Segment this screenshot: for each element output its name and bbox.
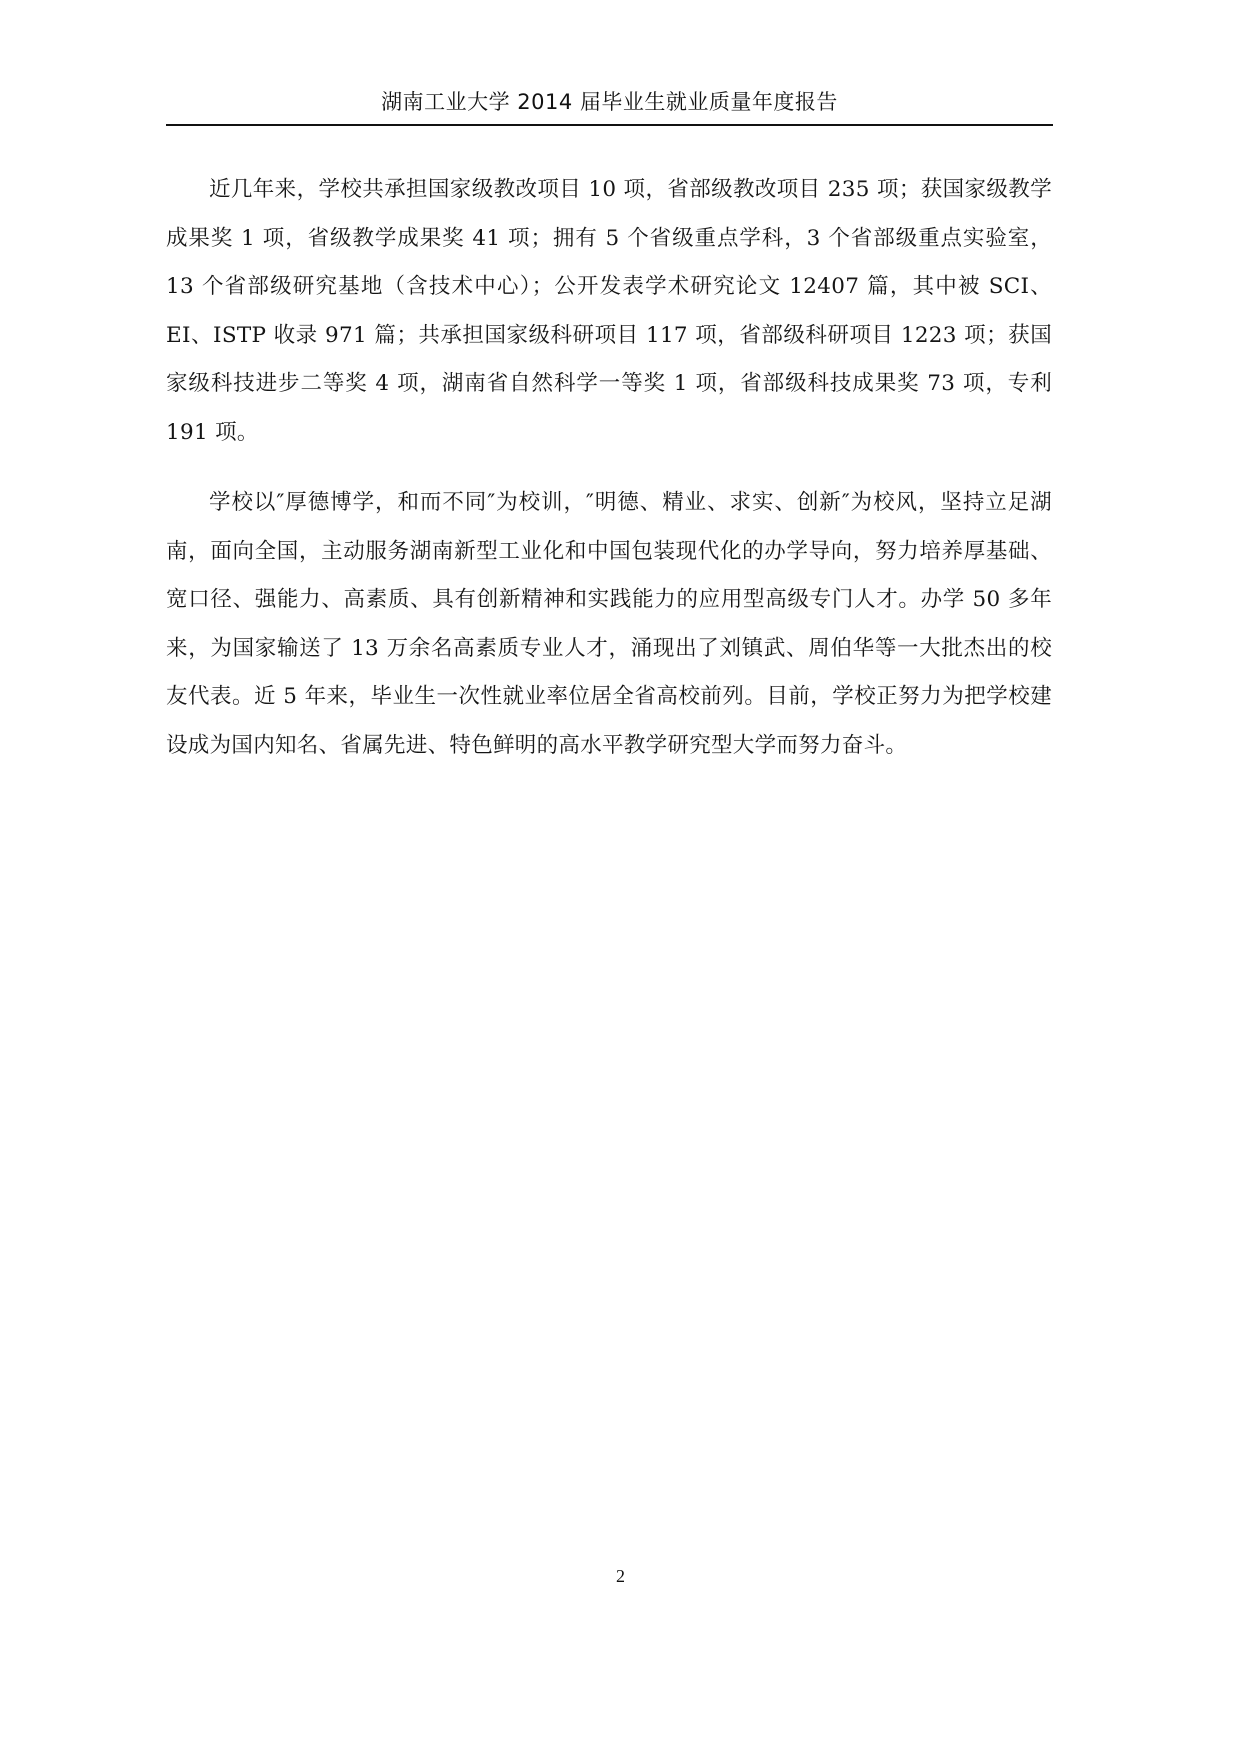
paragraph-school-motto: 学校以″厚德博学，和而不同″为校训，″明德、精业、求实、创新″为校风，坚持立足湖… — [166, 479, 1052, 770]
paragraph-achievements: 近几年来，学校共承担国家级教改项目 10 项，省部级教改项目 235 项；获国家… — [166, 166, 1052, 457]
header-divider — [166, 124, 1053, 126]
page-header-title: 湖南工业大学 2014 届毕业生就业质量年度报告 — [166, 86, 1053, 116]
page-number: 2 — [0, 1566, 1241, 1587]
document-body: 近几年来，学校共承担国家级教改项目 10 项，省部级教改项目 235 项；获国家… — [166, 166, 1052, 792]
